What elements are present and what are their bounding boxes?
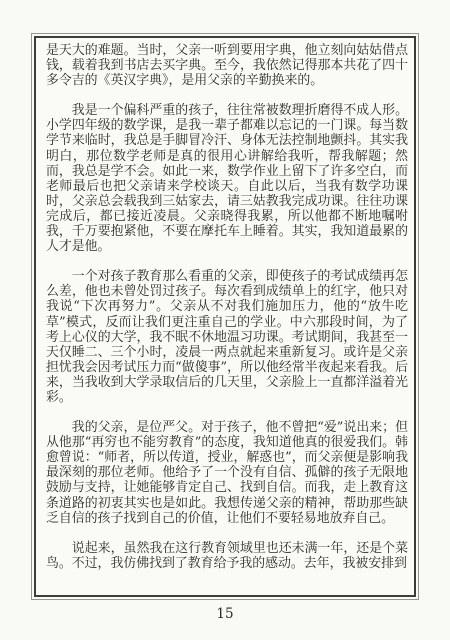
page-text-body: 是天大的难题。当时，父亲一听到要用字典，他立刻向姑姑借点钱，载着我到书店去买字典…: [46, 43, 408, 571]
page-number: 15: [0, 606, 450, 622]
scanned-page: { "document": { "page_number": "15", "pa…: [0, 0, 450, 640]
paragraph: 说起来，虽然我在这行教育领域里也还未满一年，还是个菜鸟。不过，我仿佛找到了教育给…: [46, 541, 408, 571]
page-border-inner: 是天大的难题。当时，父亲一听到要用字典，他立刻向姑姑借点钱，载着我到书店去买字典…: [34, 36, 416, 597]
document-page: 是天大的难题。当时，父亲一听到要用字典，他立刻向姑姑借点钱，载着我到书店去买字典…: [0, 0, 450, 640]
page-border-frame: 是天大的难题。当时，父亲一听到要用字典，他立刻向姑姑借点钱，载着我到书店去买字典…: [31, 33, 419, 600]
paragraph: 一个对孩子教育那么看重的父亲，即使孩子的考试成绩再怎么差，他也未曾处罚过孩子。每…: [46, 269, 408, 405]
paragraph: 我的父亲，是位严父。对于孩子，他不曾把“爱”说出来；但从他那“再穷也不能穷教育”…: [46, 420, 408, 526]
paragraph: 我是一个偏科严重的孩子，往往常被数理折磨得不成人形。小学四年级的数学课，是我一辈…: [46, 103, 408, 254]
paragraph-continuation: 是天大的难题。当时，父亲一听到要用字典，他立刻向姑姑借点钱，载着我到书店去买字典…: [46, 43, 408, 88]
